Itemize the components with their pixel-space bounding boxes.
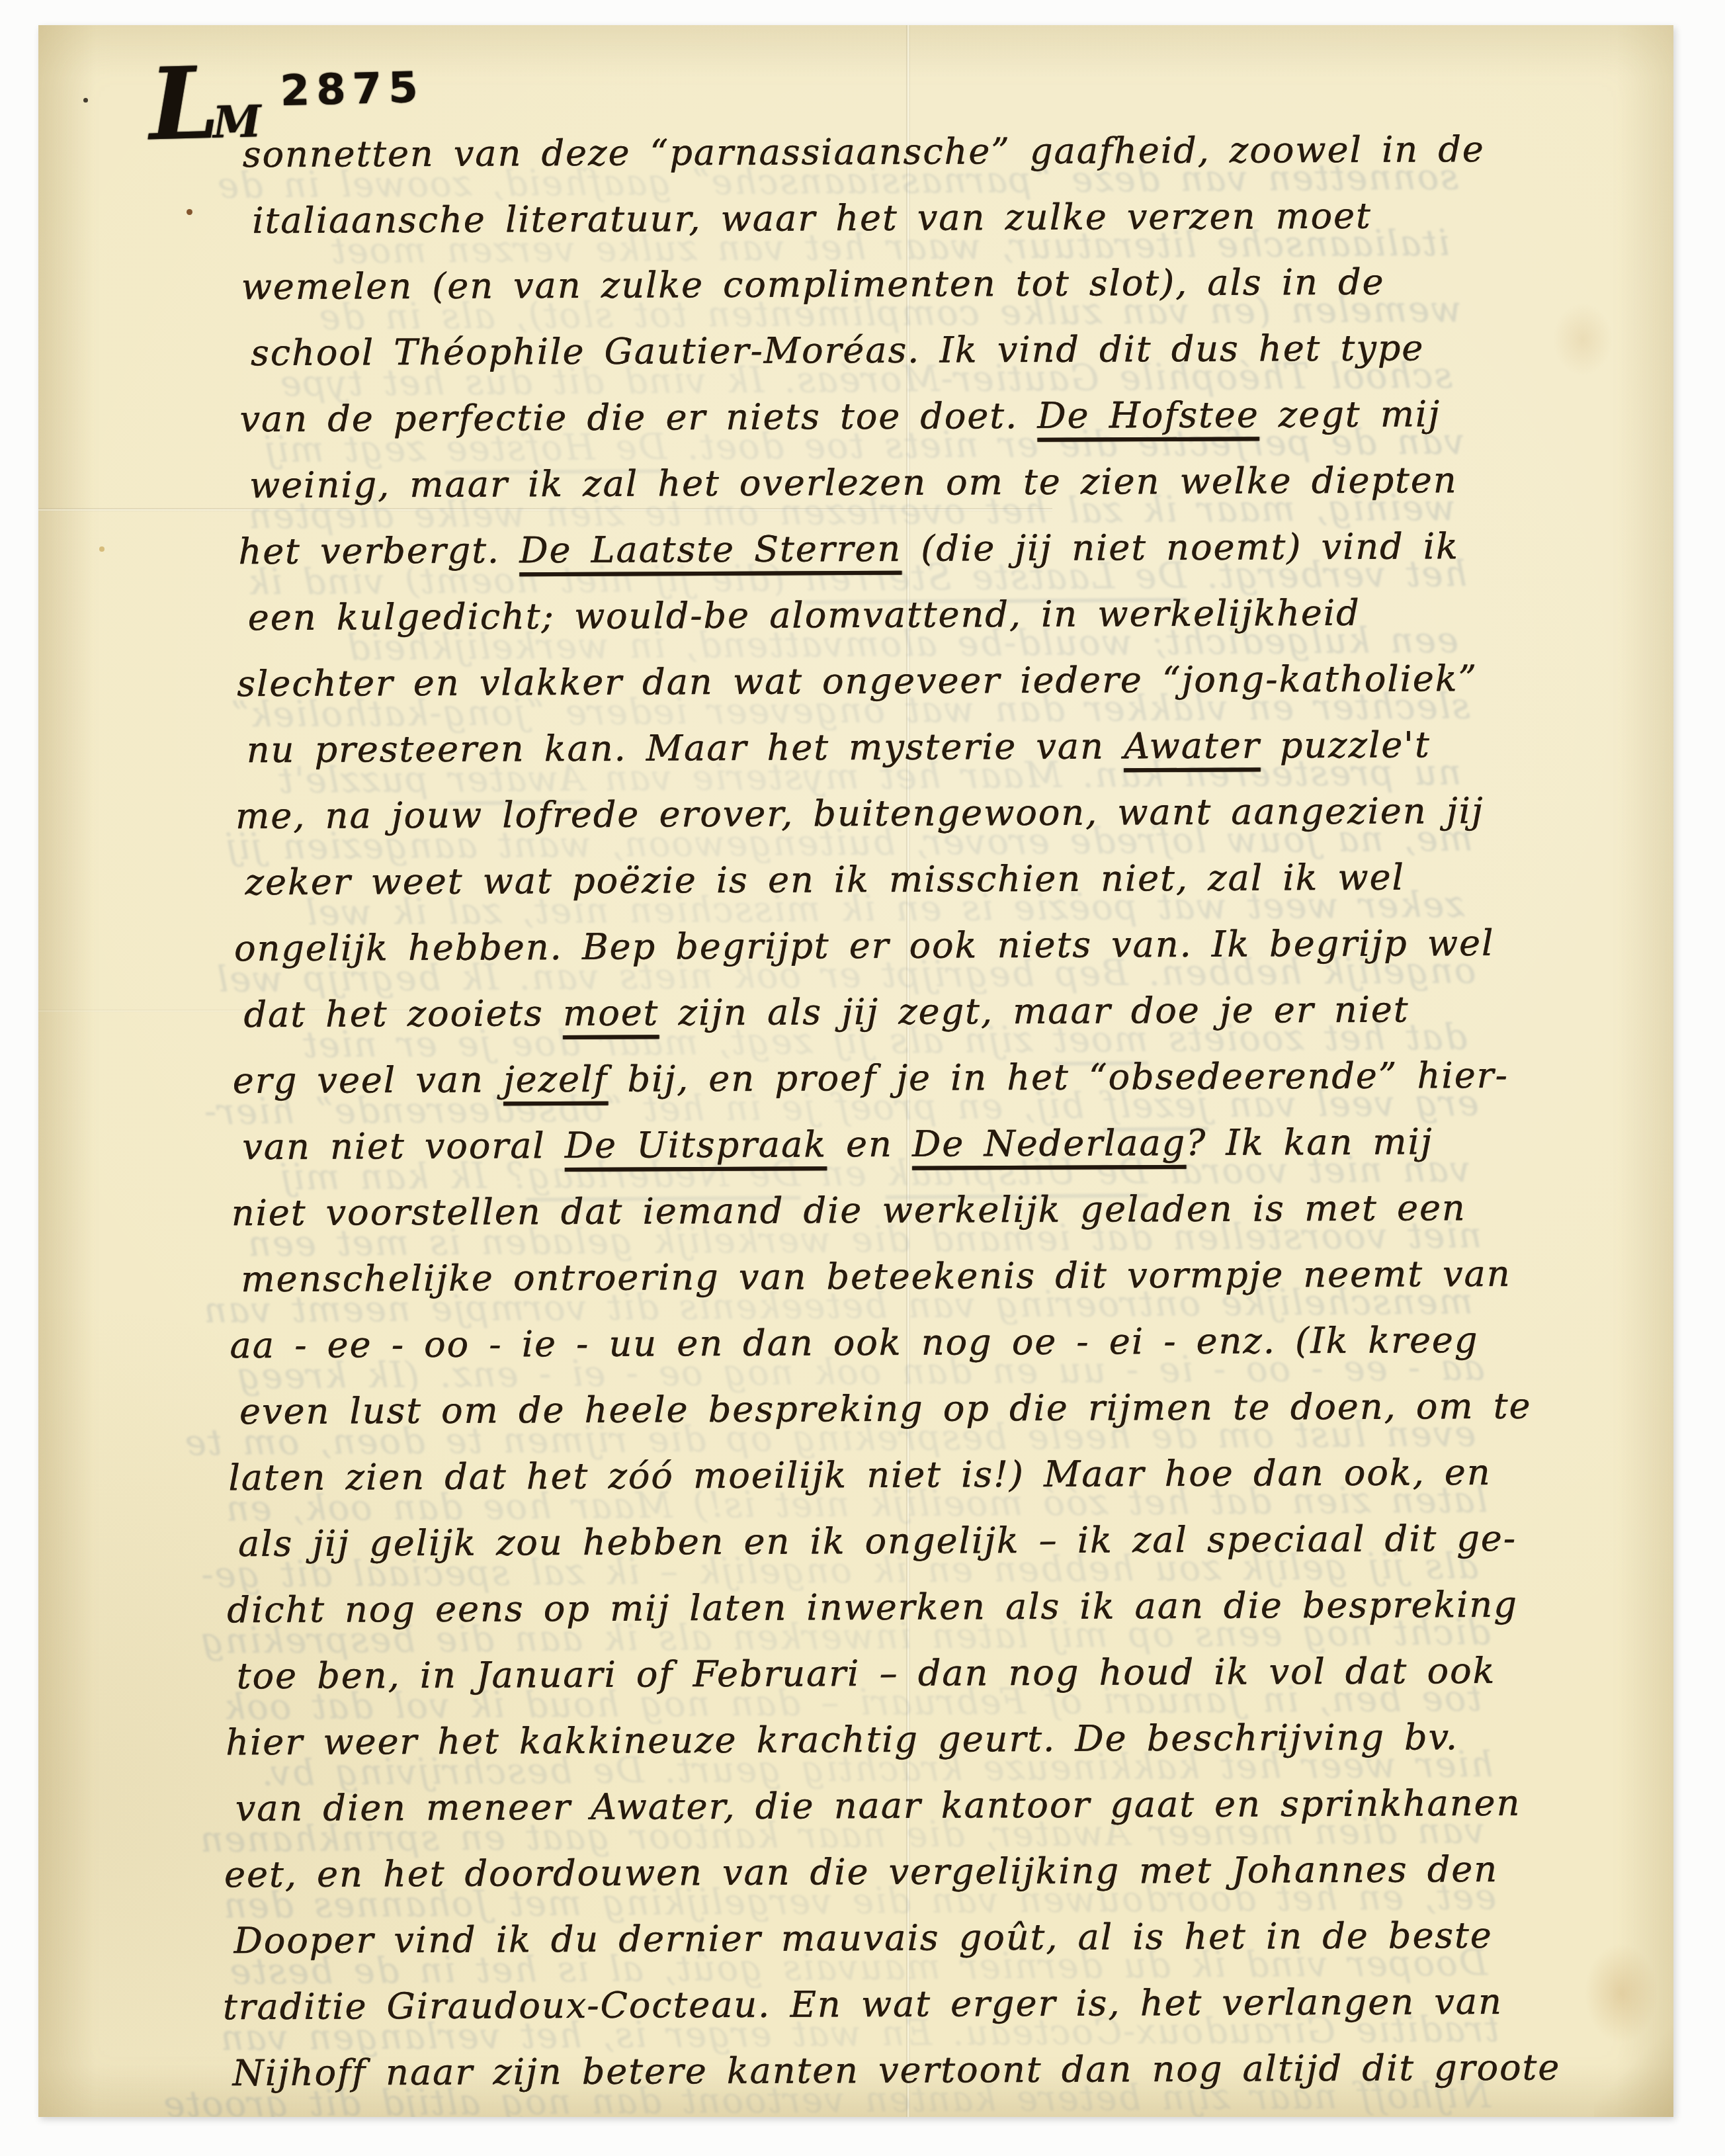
letter-line: het verbergt. De Laatste Sterren (die ji… <box>238 513 1671 585</box>
text-segment: laten zien dat het zóó moeilijk niet is!… <box>228 1451 1491 1498</box>
text-segment: menschelijke ontroering van beteekenis d… <box>241 1253 1511 1300</box>
letter-line: van de perfectie die er niets toe doet. … <box>239 380 1670 453</box>
letter-line: even lust om de heele bespreking op die … <box>239 1373 1673 1445</box>
text-segment: ? Ik kan mij <box>1186 1121 1433 1164</box>
underlined-phrase: moet <box>563 992 659 1034</box>
text-segment: puzzle't <box>1260 724 1430 766</box>
letter-line: eet, en het doordouwen van die vergelijk… <box>224 1836 1673 1909</box>
text-segment: sonnetten van deze “parnassiaansche” gaa… <box>243 128 1485 175</box>
letter-line: Nijhoff naar zijn betere kanten vertoont… <box>232 2034 1673 2107</box>
letter-body: sonnetten van deze “parnassiaansche” gaa… <box>38 116 1673 2108</box>
letter-line: nu presteeren kan. Maar het mysterie van… <box>246 711 1671 783</box>
text-segment: als jij gelijk zou hebben en ik ongelijk… <box>238 1518 1517 1565</box>
paper-speck <box>99 546 105 552</box>
letter-line: italiaansche literatuur, waar het van zu… <box>252 182 1669 254</box>
text-segment: zeker weet wat poëzie is en ik misschien… <box>245 856 1405 903</box>
letter-line: aa - ee - oo - ie - uu en dan ook nog oe… <box>230 1307 1673 1379</box>
text-segment: even lust om de heele bespreking op die … <box>239 1385 1532 1433</box>
letter-line: een kulgedicht; would-be alomvattend, in… <box>248 579 1671 651</box>
letter-line: traditie Giraudoux-Cocteau. En wat erger… <box>223 1968 1673 2041</box>
text-segment: toe ben, in Januari of Februari – dan no… <box>237 1650 1496 1697</box>
text-segment: traditie Giraudoux-Cocteau. En wat erger… <box>223 1981 1503 2028</box>
text-segment: van dien meneer Awater, die naar kantoor… <box>235 1782 1521 1829</box>
text-segment: me, na jouw lofrede erover, buitengewoon… <box>235 790 1484 837</box>
letter-line: slechter en vlakker dan wat ongeveer ied… <box>237 645 1671 717</box>
text-segment: eet, en het doordouwen van die vergelijk… <box>224 1848 1498 1895</box>
letter-line: zeker weet wat poëzie is en ik misschien… <box>245 843 1672 916</box>
text-segment: bij, en proef je in het “obsedeerende” h… <box>608 1055 1509 1100</box>
letter-line: dicht nog eens op mij laten inwerken als… <box>227 1571 1673 1644</box>
text-segment: ongelijk hebben. Bep begrijpt er ook nie… <box>234 922 1494 969</box>
text-segment: aa - ee - oo - ie - uu en dan ook nog oe… <box>230 1319 1478 1366</box>
text-segment: slechter en vlakker dan wat ongeveer ied… <box>237 658 1478 705</box>
letter-line: laten zien dat het zóó moeilijk niet is!… <box>228 1439 1673 1512</box>
text-segment: school Théophile Gautier-Moréas. Ik vind… <box>251 327 1424 374</box>
text-segment: dicht nog eens op mij laten inwerken als… <box>227 1584 1518 1631</box>
text-segment: italiaansche literatuur, waar het van zu… <box>252 195 1372 241</box>
ink-speck <box>83 98 88 103</box>
underlined-phrase: De Uitspraak <box>565 1123 827 1166</box>
letter-line: dat het zooiets moet zijn als jij zegt, … <box>243 976 1673 1048</box>
text-segment: niet voorstellen dat iemand die werkelij… <box>231 1187 1466 1234</box>
underlined-phrase: jezelf <box>503 1058 609 1101</box>
stamp-number: 2875 <box>280 67 425 113</box>
letter-line: ongelijk hebben. Bep begrijpt er ook nie… <box>234 910 1673 982</box>
underlined-phrase: De Nederlaag <box>912 1122 1186 1165</box>
letter-line: wemelen (en van zulke complimenten tot s… <box>241 248 1669 320</box>
text-segment: erg veel van <box>233 1058 503 1101</box>
letter-line: school Théophile Gautier-Moréas. Ik vind… <box>251 314 1670 386</box>
text-segment: van niet vooral <box>242 1125 565 1168</box>
text-segment: het verbergt. <box>238 529 519 572</box>
letter-line: sonnetten van deze “parnassiaansche” gaa… <box>242 116 1669 188</box>
letter-line: toe ben, in Januari of Februari – dan no… <box>236 1637 1673 1709</box>
paper-stain <box>1553 303 1613 376</box>
underlined-phrase: Awater <box>1124 724 1261 767</box>
text-segment: hier weer het kakkineuze krachtig geurt.… <box>226 1716 1458 1763</box>
text-segment: dat het zooiets <box>243 992 563 1035</box>
bent-corner <box>1594 2024 1673 2117</box>
letter-line: erg veel van jezelf bij, en proef je in … <box>233 1042 1673 1115</box>
text-segment: Dooper vind ik du dernier mauvais goût, … <box>233 1915 1492 1962</box>
letter-line: Dooper vind ik du dernier mauvais goût, … <box>233 1902 1673 1975</box>
letter-line: van niet vooral De Uitspraak en De Neder… <box>242 1108 1673 1180</box>
text-segment: Nijhoff naar zijn betere kanten vertoont… <box>232 2046 1560 2094</box>
underlined-phrase: De Laatste Sterren <box>519 528 902 572</box>
letter-line: niet voorstellen dat iemand die werkelij… <box>231 1174 1673 1247</box>
letter-line: van dien meneer Awater, die naar kantoor… <box>235 1770 1673 1842</box>
text-segment: weinig, maar ik zal het overlezen om te … <box>249 459 1458 506</box>
text-segment: zijn als jij zegt, maar doe je er niet <box>659 988 1409 1033</box>
text-segment: nu presteeren kan. Maar het mysterie van <box>246 725 1124 771</box>
text-segment: een kulgedicht; would-be alomvattend, in… <box>248 592 1361 638</box>
text-segment: (die jij niet noemt) vind ik <box>902 525 1459 570</box>
letter-paper: sonnetten van deze “parnassiaansche” gaa… <box>38 25 1673 2117</box>
letter-line: als jij gelijk zou hebben en ik ongelijk… <box>238 1505 1673 1577</box>
text-segment: wemelen (en van zulke complimenten tot s… <box>241 261 1384 308</box>
scanner-bed: sonnetten van deze “parnassiaansche” gaa… <box>0 0 1725 2156</box>
letter-line: me, na jouw lofrede erover, buitengewoon… <box>235 777 1672 849</box>
text-segment: zegt mij <box>1259 393 1441 435</box>
letter-line: menschelijke ontroering van beteekenis d… <box>241 1240 1673 1313</box>
ink-speck <box>187 209 192 215</box>
text-segment: en <box>827 1123 912 1166</box>
text-segment: van de perfectie die er niets toe doet. <box>239 395 1037 440</box>
underlined-phrase: De Hofstee <box>1037 394 1259 436</box>
letter-line: weinig, maar ik zal het overlezen om te … <box>249 447 1671 519</box>
letter-line: hier weer het kakkineuze krachtig geurt.… <box>226 1703 1673 1776</box>
